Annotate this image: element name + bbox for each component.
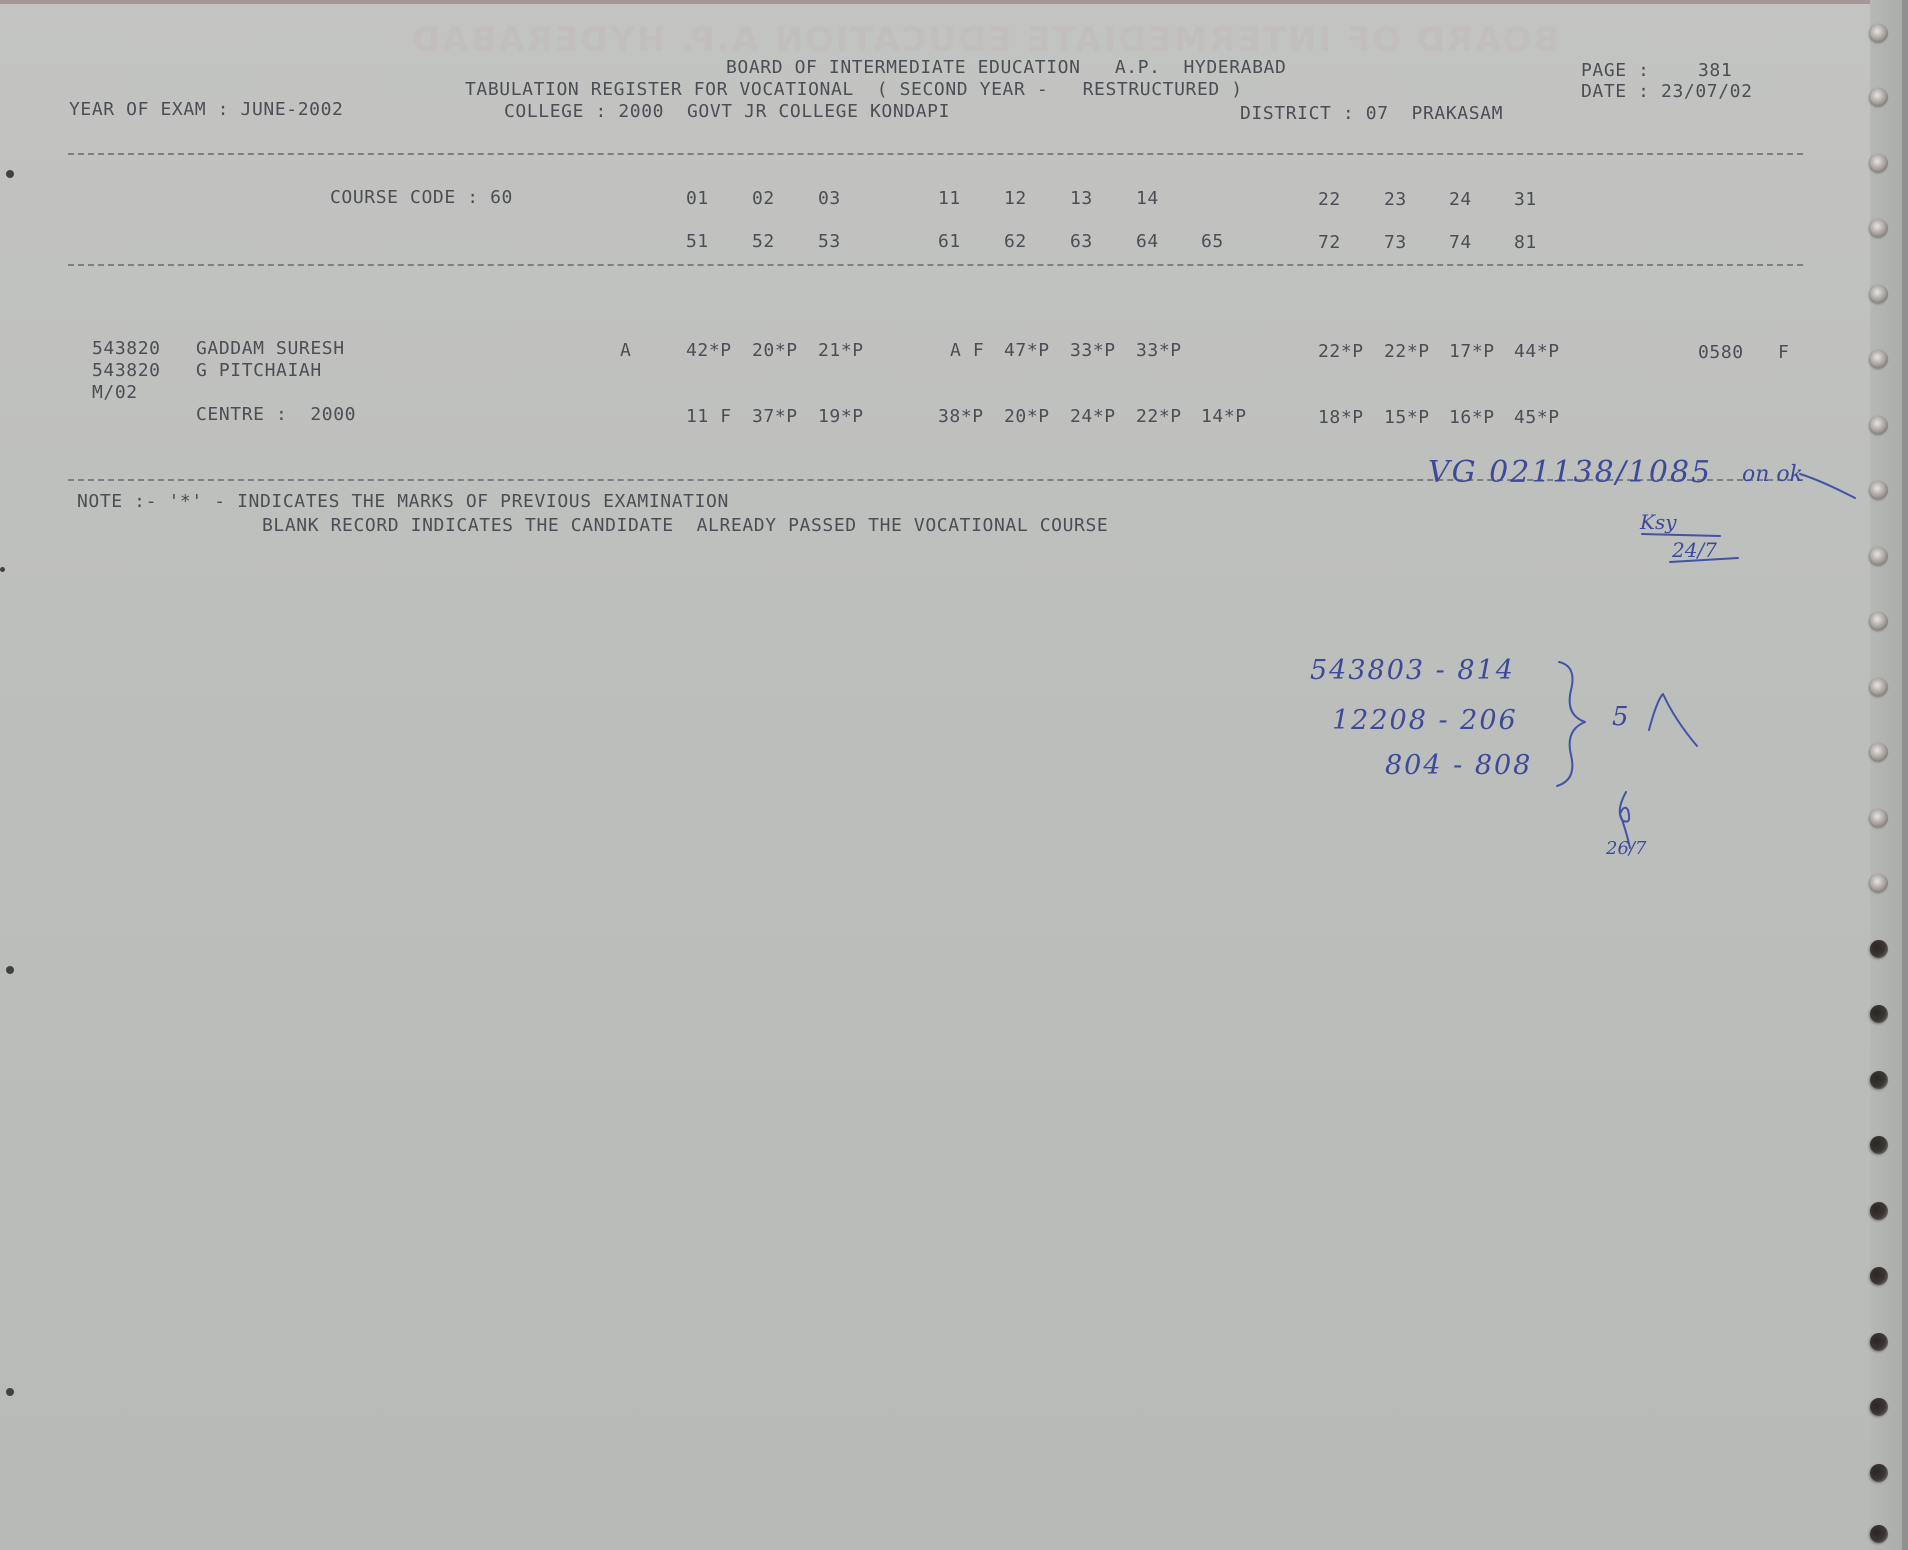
course-code: COURSE CODE : 60	[330, 188, 513, 208]
feed-hole-icon	[1870, 285, 1888, 303]
mark-cell: 20*P	[752, 341, 798, 361]
feed-hole-icon	[1870, 874, 1888, 892]
mark-cell: 15*P	[1384, 408, 1430, 428]
handwritten-reference: VG 021138/1085	[1428, 455, 1712, 490]
category-code: M/02	[92, 383, 138, 403]
mark-cell: 45*P	[1514, 408, 1560, 428]
subject-code: 22	[1318, 190, 1341, 210]
hall-ticket-number: 543820	[92, 339, 161, 359]
feed-hole-icon	[1870, 743, 1888, 761]
brace-icon	[1555, 660, 1595, 790]
mark-cell: 38*P	[938, 407, 984, 427]
subject-code: 61	[938, 232, 961, 252]
paper-right-edge	[1902, 0, 1908, 1550]
subject-code: 31	[1514, 190, 1537, 210]
total-marks: 0580	[1698, 343, 1744, 363]
result-flag: F	[1778, 343, 1789, 363]
feed-hole-icon	[1870, 1136, 1888, 1154]
feed-hole-icon	[1870, 481, 1888, 499]
feed-hole-icon	[1870, 1005, 1888, 1023]
handwritten-count: 5	[1612, 702, 1629, 732]
feed-hole-icon	[1870, 678, 1888, 696]
checkmark-icon	[1645, 690, 1705, 750]
subject-code: 74	[1449, 233, 1472, 253]
subject-code: 62	[1004, 232, 1027, 252]
feed-hole-icon	[1870, 219, 1888, 237]
handwritten-range: 804 - 808	[1385, 750, 1532, 781]
mark-cell: 44*P	[1514, 342, 1560, 362]
pen-stroke-icon	[1800, 470, 1860, 500]
board-title: BOARD OF INTERMEDIATE EDUCATION A.P. HYD…	[726, 58, 1286, 78]
mark-cell: 11 F	[686, 407, 732, 427]
mark-cell: 33*P	[1136, 341, 1182, 361]
subject-code: 64	[1136, 232, 1159, 252]
year-of-exam: YEAR OF EXAM : JUNE-2002	[69, 100, 344, 120]
centre-info: CENTRE : 2000	[196, 405, 356, 425]
subject-code: 52	[752, 232, 775, 252]
feed-hole-icon	[1870, 1267, 1888, 1285]
page-label: PAGE :	[1581, 61, 1650, 81]
status-flag: A	[620, 341, 631, 361]
subject-code: 02	[752, 189, 775, 209]
feed-hole-icon	[1870, 24, 1888, 42]
mark-cell: 42*P	[686, 341, 732, 361]
subject-code: 11	[938, 189, 961, 209]
subject-code: 24	[1449, 190, 1472, 210]
handwritten-sign-date: 26/7	[1606, 838, 1646, 859]
feed-hole-icon	[1870, 1464, 1888, 1482]
handwritten-range: 543803 - 814	[1310, 655, 1515, 686]
subject-code: 73	[1384, 233, 1407, 253]
subject-code: 13	[1070, 189, 1093, 209]
left-margin-mark	[6, 170, 14, 178]
paper-top-edge	[0, 0, 1908, 4]
separator-line	[68, 153, 1803, 155]
candidate-name: GADDAM SURESH	[196, 339, 345, 359]
feed-hole-icon	[1870, 940, 1888, 958]
left-margin-mark	[0, 567, 5, 572]
subject-code: 53	[818, 232, 841, 252]
mark-cell: 22*P	[1318, 342, 1364, 362]
mark-cell: 16*P	[1449, 408, 1495, 428]
handwritten-range: 12208 - 206	[1332, 705, 1518, 736]
subject-code: 01	[686, 189, 709, 209]
mark-cell: 47*P	[1004, 341, 1050, 361]
subject-code: 23	[1384, 190, 1407, 210]
mark-cell: A F	[950, 341, 984, 361]
page-number: 381	[1698, 61, 1732, 81]
mark-cell: 18*P	[1318, 408, 1364, 428]
mark-cell: 21*P	[818, 341, 864, 361]
handwritten-initials-date: 24/7	[1672, 538, 1717, 562]
hall-ticket-number-2: 543820	[92, 361, 161, 381]
subject-code: 51	[686, 232, 709, 252]
father-name: G PITCHAIAH	[196, 361, 322, 381]
note-line-2: BLANK RECORD INDICATES THE CANDIDATE ALR…	[262, 516, 1108, 536]
feed-hole-icon	[1870, 547, 1888, 565]
mark-cell: 33*P	[1070, 341, 1116, 361]
mark-cell: 22*P	[1384, 342, 1430, 362]
feed-hole-icon	[1870, 416, 1888, 434]
register-title: TABULATION REGISTER FOR VOCATIONAL ( SEC…	[465, 80, 1243, 100]
handwritten-reference-suffix: on ok	[1742, 462, 1803, 487]
feed-hole-icon	[1870, 1398, 1888, 1416]
feed-hole-icon	[1870, 1333, 1888, 1351]
feed-hole-icon	[1870, 1071, 1888, 1089]
subject-code: 65	[1201, 232, 1224, 252]
mark-cell: 37*P	[752, 407, 798, 427]
feed-hole-icon	[1870, 612, 1888, 630]
subject-code: 81	[1514, 233, 1537, 253]
feed-hole-icon	[1870, 1202, 1888, 1220]
subject-code: 12	[1004, 189, 1027, 209]
show-through-print: BOARD OF INTERMEDIATE EDUCATION A.P. HYD…	[410, 20, 1559, 60]
mark-cell: 22*P	[1136, 407, 1182, 427]
note-line-1: NOTE :- '*' - INDICATES THE MARKS OF PRE…	[77, 492, 729, 512]
mark-cell: 19*P	[818, 407, 864, 427]
feed-hole-icon	[1870, 1525, 1888, 1543]
feed-hole-icon	[1870, 154, 1888, 172]
mark-cell: 20*P	[1004, 407, 1050, 427]
feed-hole-icon	[1870, 350, 1888, 368]
left-margin-mark	[6, 966, 14, 974]
left-margin-mark	[6, 1388, 14, 1396]
print-date: DATE : 23/07/02	[1581, 82, 1753, 102]
feed-hole-icon	[1870, 88, 1888, 106]
district-info: DISTRICT : 07 PRAKASAM	[1240, 104, 1503, 124]
mark-cell: 17*P	[1449, 342, 1495, 362]
college-info: COLLEGE : 2000 GOVT JR COLLEGE KONDAPI	[504, 102, 950, 122]
separator-line	[68, 264, 1803, 266]
subject-code: 14	[1136, 189, 1159, 209]
feed-hole-icon	[1870, 809, 1888, 827]
subject-code: 63	[1070, 232, 1093, 252]
subject-code: 72	[1318, 233, 1341, 253]
subject-code: 03	[818, 189, 841, 209]
mark-cell: 14*P	[1201, 407, 1247, 427]
mark-cell: 24*P	[1070, 407, 1116, 427]
